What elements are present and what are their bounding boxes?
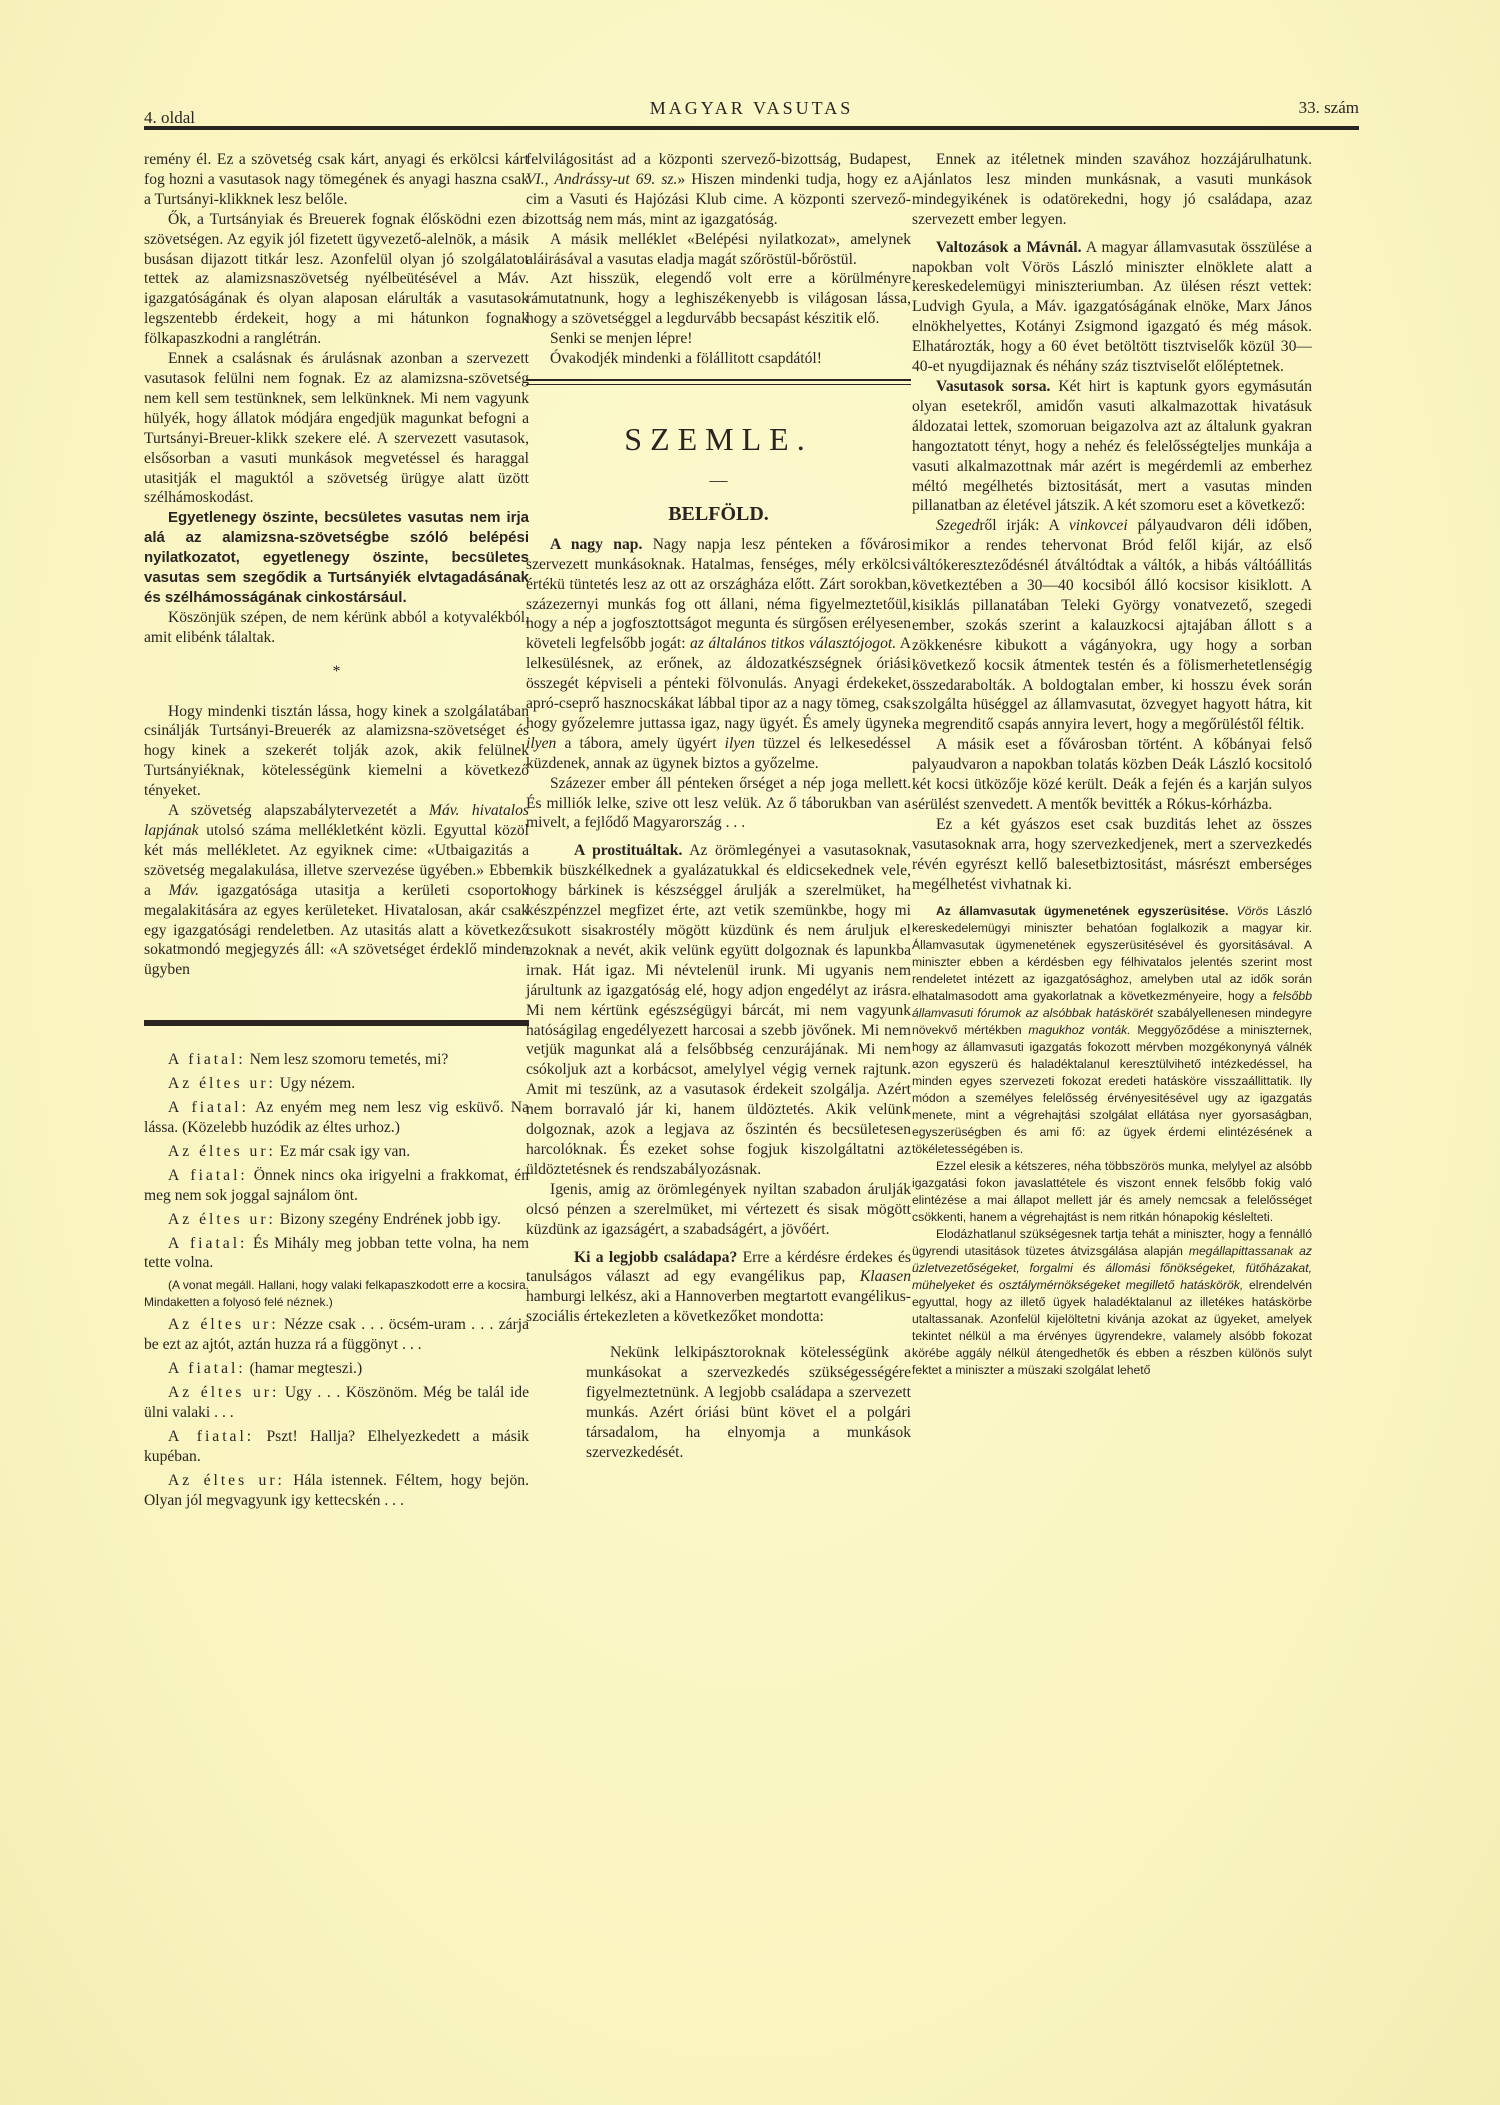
dialog-line: Az éltes ur: Bizony szegény Endrének job… [144,1210,529,1230]
dialog-speaker: Az éltes ur: [168,1075,276,1092]
article-title: A nagy nap. [550,536,642,553]
dialog-speaker: Az éltes ur: [168,1472,285,1489]
section-title: SZEMLE. [526,419,911,459]
thick-divider [144,1020,529,1026]
dialog-speaker: A fiatal: [168,1099,249,1116]
dialog-text: Ugy nézem. [276,1075,355,1092]
page-header: 4. oldal MAGYAR VASUTAS 33. szám [144,98,1359,128]
header-rule [144,126,1359,130]
paragraph: remény él. Ez a szövetség csak kárt, any… [144,150,529,210]
dialog-text: Nem lesz szomoru temetés, mi? [246,1051,449,1068]
article-mav: Valtozások a Mávnál. A magyar államvasut… [912,238,1312,377]
paragraph: Ez a két gyászos eset csak buzditás lehe… [912,815,1312,895]
title-dash: — [526,471,911,491]
paragraph: Százezer ember áll pénteken őrséget a né… [526,774,911,834]
dialog-speaker: A fiatal: [168,1360,246,1377]
subsection-title: BELFÖLD. [526,505,911,525]
dialog-line: Az éltes ur: Hála istennek. Féltem, hogy… [144,1471,529,1511]
dialog-text: Ez már csak igy van. [276,1143,410,1160]
dialog-speaker: Az éltes ur: [168,1316,279,1333]
dialog-speaker: Az éltes ur: [168,1143,276,1160]
paragraph: felvilágositást ad a központi szervező-b… [526,150,911,230]
paragraph: Óvakodjék mindenki a fölállitott csapdát… [526,349,911,369]
column-right: Ennek az itéletnek minden szavához hozzá… [912,150,1312,1379]
paragraph: Hogy mindenki tisztán lássa, hogy kinek … [144,702,529,802]
paragraph: Szegedről irják: A vinkovcei pályaudvaro… [912,516,1312,735]
article-csaladapa: Ki a legjobb családapa? Erre a kérdésre … [526,1248,911,1328]
double-divider [526,379,911,385]
paragraph: A másik eset a fővárosban történt. A kőb… [912,735,1312,815]
dialog-line: Az éltes ur: Ugy nézem. [144,1074,529,1094]
article-title: Valtozások a Mávnál. [936,239,1081,256]
dialog-line: A fiatal: Az enyém meg nem lesz vig eskü… [144,1098,529,1138]
paragraph: Ezzel elesik a kétszeres, néha többszörö… [912,1158,1312,1226]
issue-number: 33. szám [1299,98,1359,118]
dialog-speaker: A fiatal: [168,1051,246,1068]
article-title: Vasutasok sorsa. [936,378,1050,395]
article-ugymenet: Az államvasutak ügymenetének egyszerüsit… [912,903,1312,1379]
stage-direction: (A vonat megáll. Hallani, hogy valaki fe… [144,1277,529,1311]
block-quote: Nekünk lelkipásztoroknak kötelességünk a… [586,1343,911,1462]
article-nagy-nap: A nagy nap. Nagy napja lesz pénteken a f… [526,535,911,774]
dialog-line: Az éltes ur: Ugy . . . Köszönöm. Még be … [144,1383,529,1423]
paragraph: Ennek a csalásnak és árulásnak azonban a… [144,349,529,508]
article-sorsa: Vasutasok sorsa. Két hirt is kaptunk gyo… [912,377,1312,516]
dialog-speaker: A fiatal: [168,1167,248,1184]
paragraph: Elodázhatlanul szükségesnek tartja tehát… [912,1226,1312,1379]
dialog-line: Az éltes ur: Nézze csak . . . öcsém-uram… [144,1315,529,1355]
section-separator: * [144,662,529,682]
dialog-line: Az éltes ur: Ez már csak igy van. [144,1142,529,1162]
dialog-line: A fiatal: Önnek nincs oka irigyelni a fr… [144,1166,529,1206]
paragraph: Azt hisszük, elegendő volt erre a körülm… [526,269,911,329]
column-left: remény él. Ez a szövetség csak kárt, any… [144,150,529,1514]
article-title: Ki a legjobb családapa? [574,1249,737,1266]
paragraph: Senki se menjen lépre! [526,329,911,349]
paragraph: Ők, a Turtsányiak és Breuerek fognak élő… [144,210,529,349]
dialog-text: Bizony szegény Endrének jobb igy. [276,1211,501,1228]
paragraph: Ennek az itéletnek minden szavához hozzá… [912,150,1312,230]
dialog-speaker: A fiatal: [168,1235,247,1252]
column-middle: felvilágositást ad a központi szervező-b… [526,150,911,1463]
dialog-speaker: Az éltes ur: [168,1211,276,1228]
paragraph: A másik melléklet «Belépési nyilatkozat»… [526,230,911,270]
dialog-speaker: Az éltes ur: [168,1384,279,1401]
dialog-section: A fiatal: Nem lesz szomoru temetés, mi?A… [144,1050,529,1510]
dialog-line: A fiatal: És Mihály meg jobban tette vol… [144,1234,529,1274]
paragraph: A szövetség alapszabálytervezetét a Máv.… [144,801,529,980]
dialog-text: (hamar megteszi.) [246,1360,362,1377]
dialog-line: A fiatal: Nem lesz szomoru temetés, mi? [144,1050,529,1070]
dialog-line: A fiatal: Pszt! Hallja? Elhelyezkedett a… [144,1427,529,1467]
newspaper-page: 4. oldal MAGYAR VASUTAS 33. szám remény … [0,0,1500,2105]
article-title: A prostituáltak. [574,842,682,859]
article-prostitualtak: A prostituáltak. Az örömlegényei a vasut… [526,841,911,1179]
article-title: Az államvasutak ügymenetének egyszerüsit… [936,904,1228,918]
paragraph: Köszönjük szépen, de nem kérünk abból a … [144,608,529,648]
paragraph-emphasis: Egyetlenegy öszinte, becsületes vasutas … [144,508,529,608]
publication-title: MAGYAR VASUTAS [144,98,1359,119]
dialog-line: A fiatal: (hamar megteszi.) [144,1359,529,1379]
dialog-speaker: A fiatal: [168,1428,254,1445]
paragraph: Igenis, amig az örömlegények nyiltan sza… [526,1180,911,1240]
